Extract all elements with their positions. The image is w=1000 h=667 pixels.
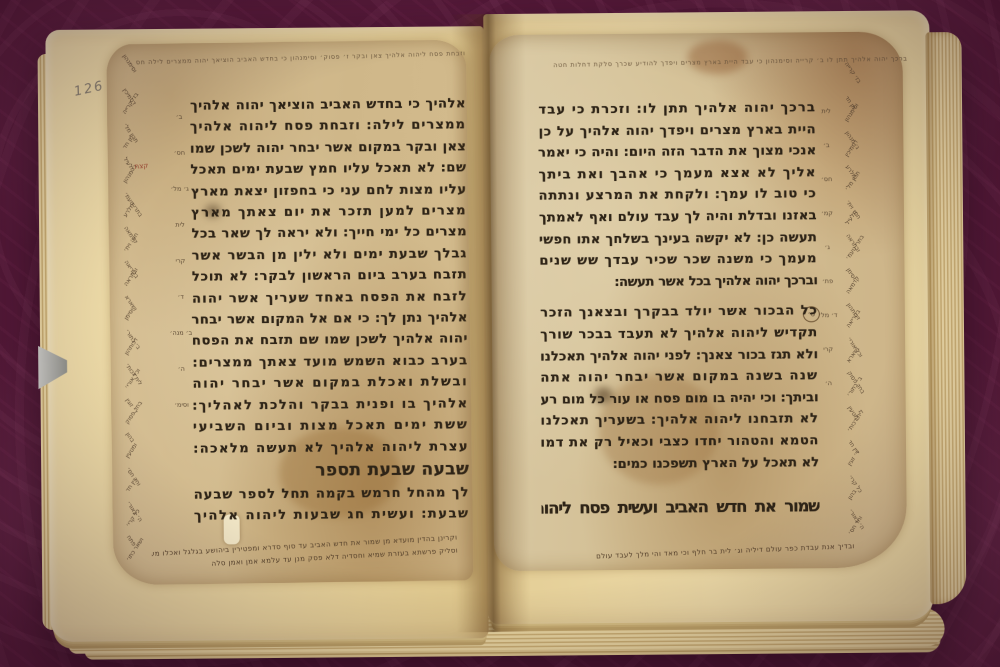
text-line: כל הבכור אשר יולד בבקרך ובצאנך הזכר — [540, 301, 818, 325]
text-line: מצרים כל ימי חייך׃ ולא יראה לך שאר בכל — [191, 222, 467, 246]
left-page-text-block: אלהיך כי בחדש האביב הוציאך יהוה אלהיךממצ… — [190, 93, 470, 527]
text-line: וברכך יהוה אלהיך בכל אשר תעשה׃ — [539, 270, 817, 294]
text-line: מצרים למען תזכר את יום צאתך מארץ — [191, 200, 467, 224]
right-margin-zigzag-masorah: בז׳ קרייהוסימנהוןמן חדדסמיכיןג׳ מנהוןתרי… — [835, 75, 899, 540]
page-stack-fore-edge — [925, 32, 966, 604]
text-line: שבעה שבעת תספר — [193, 457, 469, 484]
text-line: תזבח בערב ביום הראשון לבקר׃ לא תוכל — [191, 265, 467, 289]
margin-note: ב׳ מנה׳ — [170, 329, 193, 337]
text-line: אלהיך בו ופנית בבקר והלכת לאהליך׃ — [193, 393, 469, 417]
text-line: שנה בשנה במקום אשר יבחר יהוה אתה — [540, 365, 818, 389]
text-line: בערב כבוא השמש מועד צאתך ממצרים׃ — [192, 350, 468, 374]
text-line: לך מהחל חרמש בקמה תחל לספר שבעה — [193, 482, 469, 506]
qere-note: ג׳ — [825, 243, 830, 251]
text-line: ובשלת ואכלת במקום אשר יבחר יהוה — [192, 372, 468, 396]
margin-note: ב׳ — [176, 113, 183, 121]
margin-note: ה׳ — [178, 365, 185, 373]
text-line: אלהיך נתן לך׃ כי אם אל המקום אשר יבחר — [192, 307, 468, 331]
text-line: ולא תגז בכור צאנך׃ לפני יהוה אלהיך תאכלנ… — [540, 344, 818, 368]
text-line: שבעת׃ ועשית חג שבעות ליהוה אלהיך — [194, 504, 470, 528]
margin-note: לית — [175, 221, 184, 229]
text-line: הטמא והטהור יחדו כצבי וכאיל רק את דמו — [541, 430, 819, 454]
text-line: אליך לא אצא מעמך כי אהבך ואת ביתך — [539, 162, 817, 186]
text-line: שמור את חדש האביב ועשית פסח ליהוה — [541, 494, 819, 520]
text-line: לא תזבחנו ליהוה אלהיך׃ בשעריך תאכלנו — [541, 409, 819, 433]
text-line: אנכי מצוך את הדבר הזה היום׃ והיה כי יאמר — [538, 140, 816, 164]
text-line: ששת ימים תאכל מצות וביום השביעי — [193, 414, 469, 438]
margin-note: ד׳ — [178, 293, 184, 301]
text-line: תעשה כן׃ לא יקשה בעינך בשלחך אתו חפשי — [539, 227, 817, 251]
text-line: יהוה אלהיך לשכן שמו שם תזבח את הפסח — [192, 329, 468, 353]
text-line: כי טוב לו עמך׃ ולקחת את המרצע ונתתה — [539, 184, 817, 208]
text-line: באזנו ובדלת והיה לך עבד עולם ואף לאמתך — [539, 205, 817, 229]
margin-note: חס׳ — [174, 149, 185, 157]
red-marginal-mark: קצת — [134, 162, 148, 171]
text-line: גבלך שבעת ימים ולא ילין מן הבשר אשר — [191, 243, 467, 267]
left-margin-zigzag-masorah: וסימנהוןבז׳ קרייהדסמיכיןמן חדתרין מל׳ג׳ … — [113, 67, 173, 566]
qere-note: קרי — [823, 345, 833, 353]
qere-note: חס׳ — [821, 175, 832, 183]
margin-note: וסימ׳ — [174, 401, 189, 409]
text-line: ברכך יהוה אלהיך תתן לו׃ וזכרת כי עבד — [538, 97, 816, 121]
open-manuscript-book: וזבחת פסח ליהוה אלהיך צאן ובקר ז׳ פסוק׳ … — [35, 2, 969, 662]
qere-note: ה׳ — [825, 379, 832, 387]
text-line: היית בארץ מצרים ויפדך יהוה אלהיך על כן — [538, 119, 816, 143]
qere-note: פת׳ — [822, 277, 833, 285]
margin-note: קרי — [175, 257, 185, 265]
text-line: צאן ובקר במקום אשר יבחר יהוה לשכן שמו — [190, 136, 466, 160]
text-line: שם׃ לא תאכל עליו חמץ שבעת ימים תאכל — [190, 158, 466, 182]
right-qere-notes-column: ליתב׳חס׳קמ׳ג׳פת׳ד׳ מל׳קריה׳ — [817, 107, 838, 479]
text-line: ממצרים לילה׃ וזבחת פסח ליהוה אלהיך — [190, 115, 466, 139]
text-line: לזבח את הפסח באחד שעריך אשר יהוה — [192, 286, 468, 310]
text-line: עליו מצות לחם עני כי בחפזון יצאת מארץ — [191, 179, 467, 203]
text-line: וביתך׃ וכי יהיה בו מום פסח או עור כל מום… — [541, 387, 819, 411]
right-page-text-block: ברכך יהוה אלהיך תתן לו׃ וזכרת כי עבדהיית… — [538, 97, 820, 521]
margin-note: ג׳ מל׳ — [171, 185, 189, 193]
text-line: עצרת ליהוה אלהיך לא תעשה מלאכה׃ — [193, 436, 469, 460]
qere-note: ב׳ — [823, 141, 830, 149]
qere-note: קמ׳ — [821, 209, 833, 217]
text-line: תקדיש ליהוה אלהיך לא תעבד בבכר שורך — [540, 322, 818, 346]
qere-note: ד׳ מל׳ — [818, 311, 837, 319]
qere-note: לית — [821, 107, 830, 115]
text-line: אלהיך כי בחדש האביב הוציאך יהוה אלהיך — [190, 93, 466, 117]
text-line: לא תאכל על הארץ תשפכנו כמים׃ — [541, 452, 819, 476]
text-line: מעמך כי משנה שכר שכיר עבדך שש שנים — [539, 248, 817, 272]
manuscript-photo-scene: וזבחת פסח ליהוה אלהיך צאן ובקר ז׳ פסוק׳ … — [0, 0, 1000, 667]
